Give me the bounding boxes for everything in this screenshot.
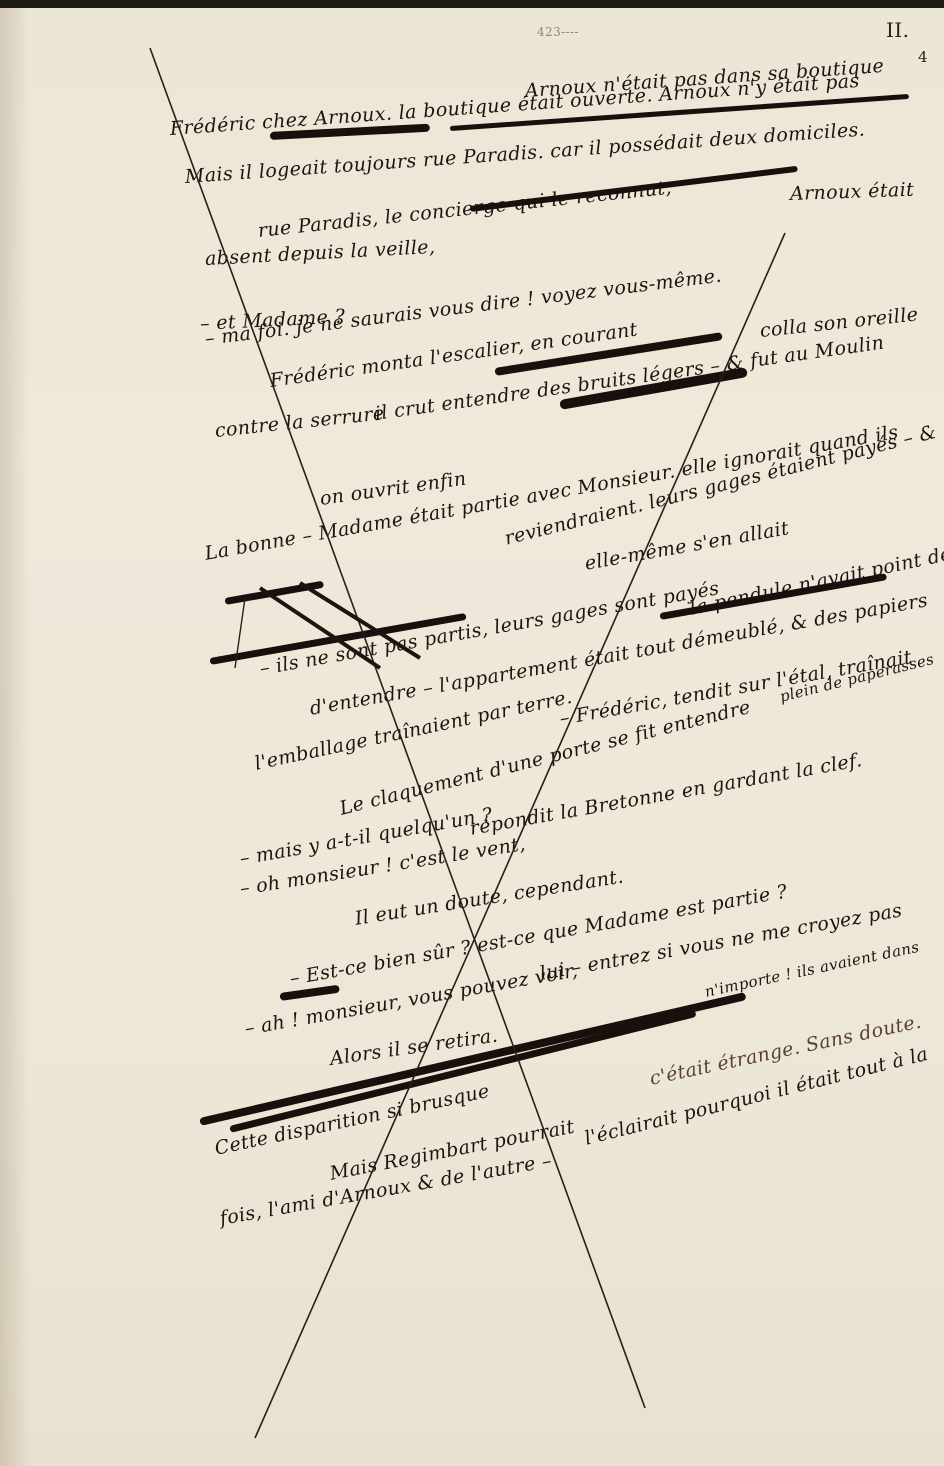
manuscript-page: 423---- II. 4 Arnoux n'était pas dans sa… — [0, 8, 944, 1466]
cancellation-cross — [0, 8, 944, 1466]
